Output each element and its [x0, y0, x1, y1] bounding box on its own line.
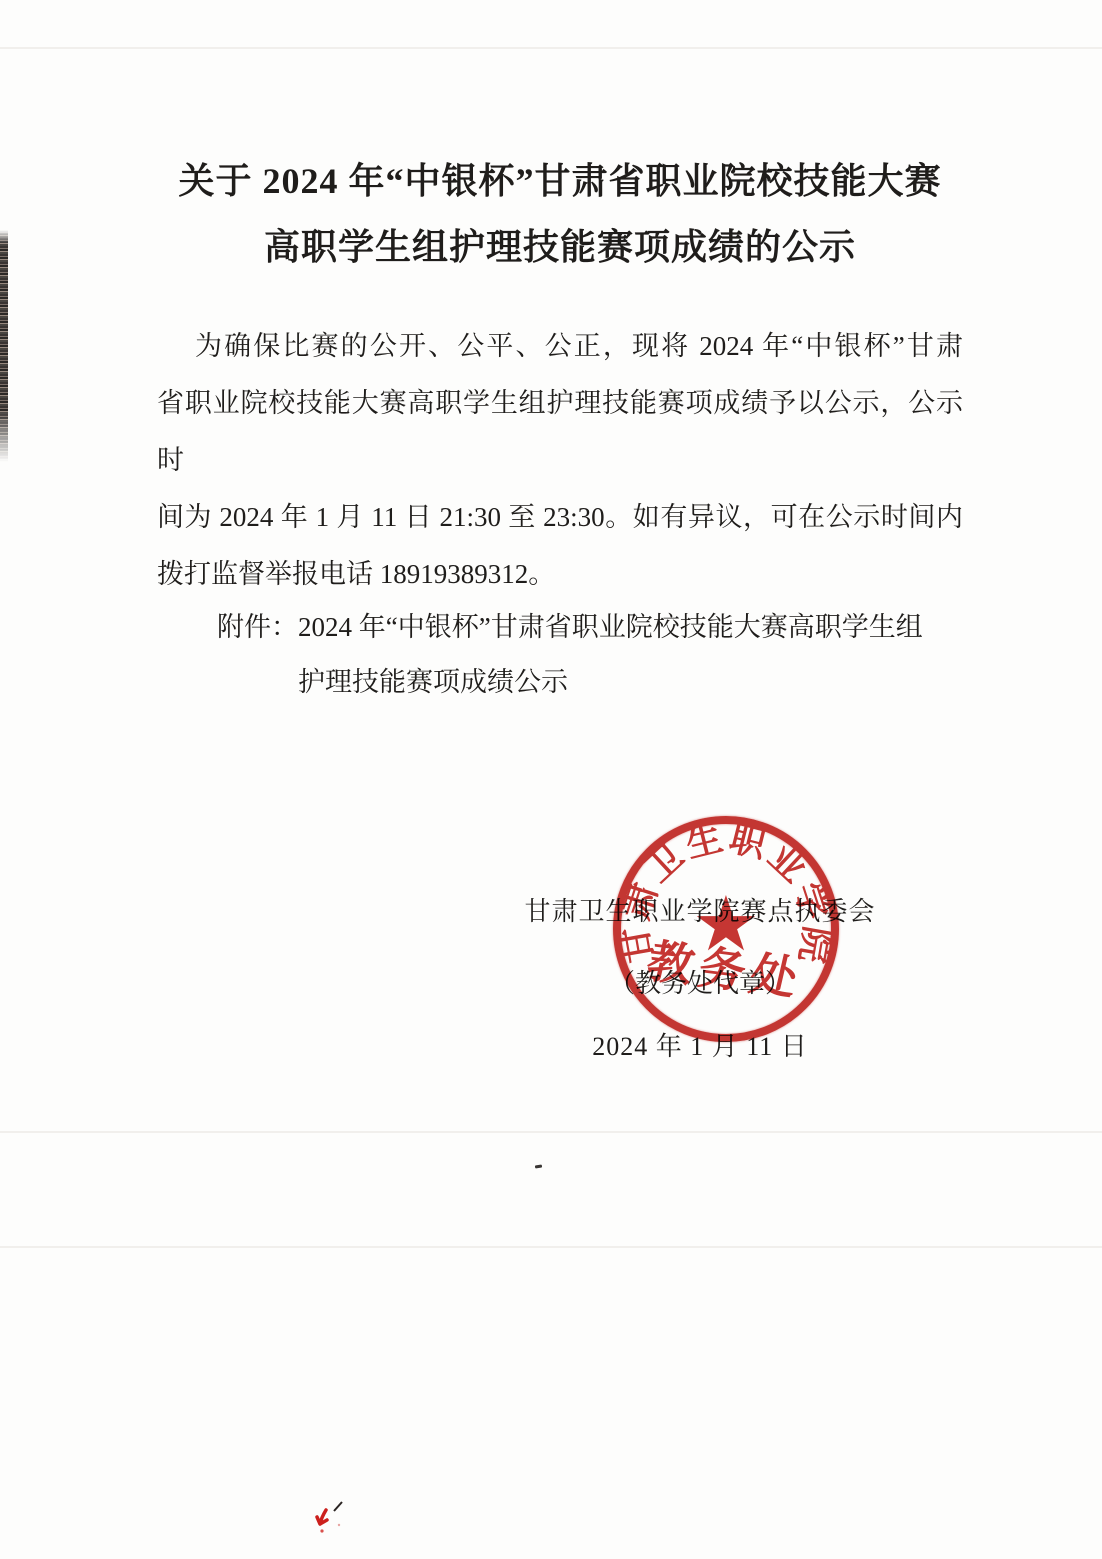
scan-streak — [0, 1246, 1102, 1248]
official-seal: 甘 肃 卫 生 职 业 学 院 ★ 教务处 — [613, 816, 839, 1042]
attachment-line-2: 护理技能赛项成绩公示 — [298, 655, 963, 710]
body-paragraph: 为确保比赛的公开、公平、公正，现将 2024 年“中银杯”甘肃 省职业院校技能大… — [157, 318, 963, 603]
red-ink-mark — [312, 1498, 354, 1545]
document-title: 关于 2024 年“中银杯”甘肃省职业院校技能大赛 高职学生组护理技能赛项成绩的… — [157, 148, 963, 280]
scan-edge-artifact — [0, 230, 8, 462]
body-line: 间为 2024 年 1 月 11 日 21:30 至 23:30。如有异议，可在… — [157, 489, 963, 546]
ink-speck — [535, 1165, 542, 1169]
body-line: 拨打监督举报电话 18919389312。 — [157, 546, 963, 603]
scan-streak — [0, 1131, 1102, 1133]
body-line: 为确保比赛的公开、公平、公正，现将 2024 年“中银杯”甘肃 — [157, 318, 963, 375]
scan-streak — [0, 47, 1102, 49]
attachment-section: 附件：2024 年“中银杯”甘肃省职业院校技能大赛高职学生组 护理技能赛项成绩公… — [157, 600, 963, 710]
title-line-2: 高职学生组护理技能赛项成绩的公示 — [157, 214, 963, 280]
body-line: 省职业院校技能大赛高职学生组护理技能赛项成绩予以公示，公示时 — [157, 375, 963, 489]
attachment-line-1: 附件：2024 年“中银杯”甘肃省职业院校技能大赛高职学生组 — [217, 600, 963, 655]
document-page: 关于 2024 年“中银杯”甘肃省职业院校技能大赛 高职学生组护理技能赛项成绩的… — [0, 0, 1102, 1559]
title-line-1: 关于 2024 年“中银杯”甘肃省职业院校技能大赛 — [157, 148, 963, 214]
